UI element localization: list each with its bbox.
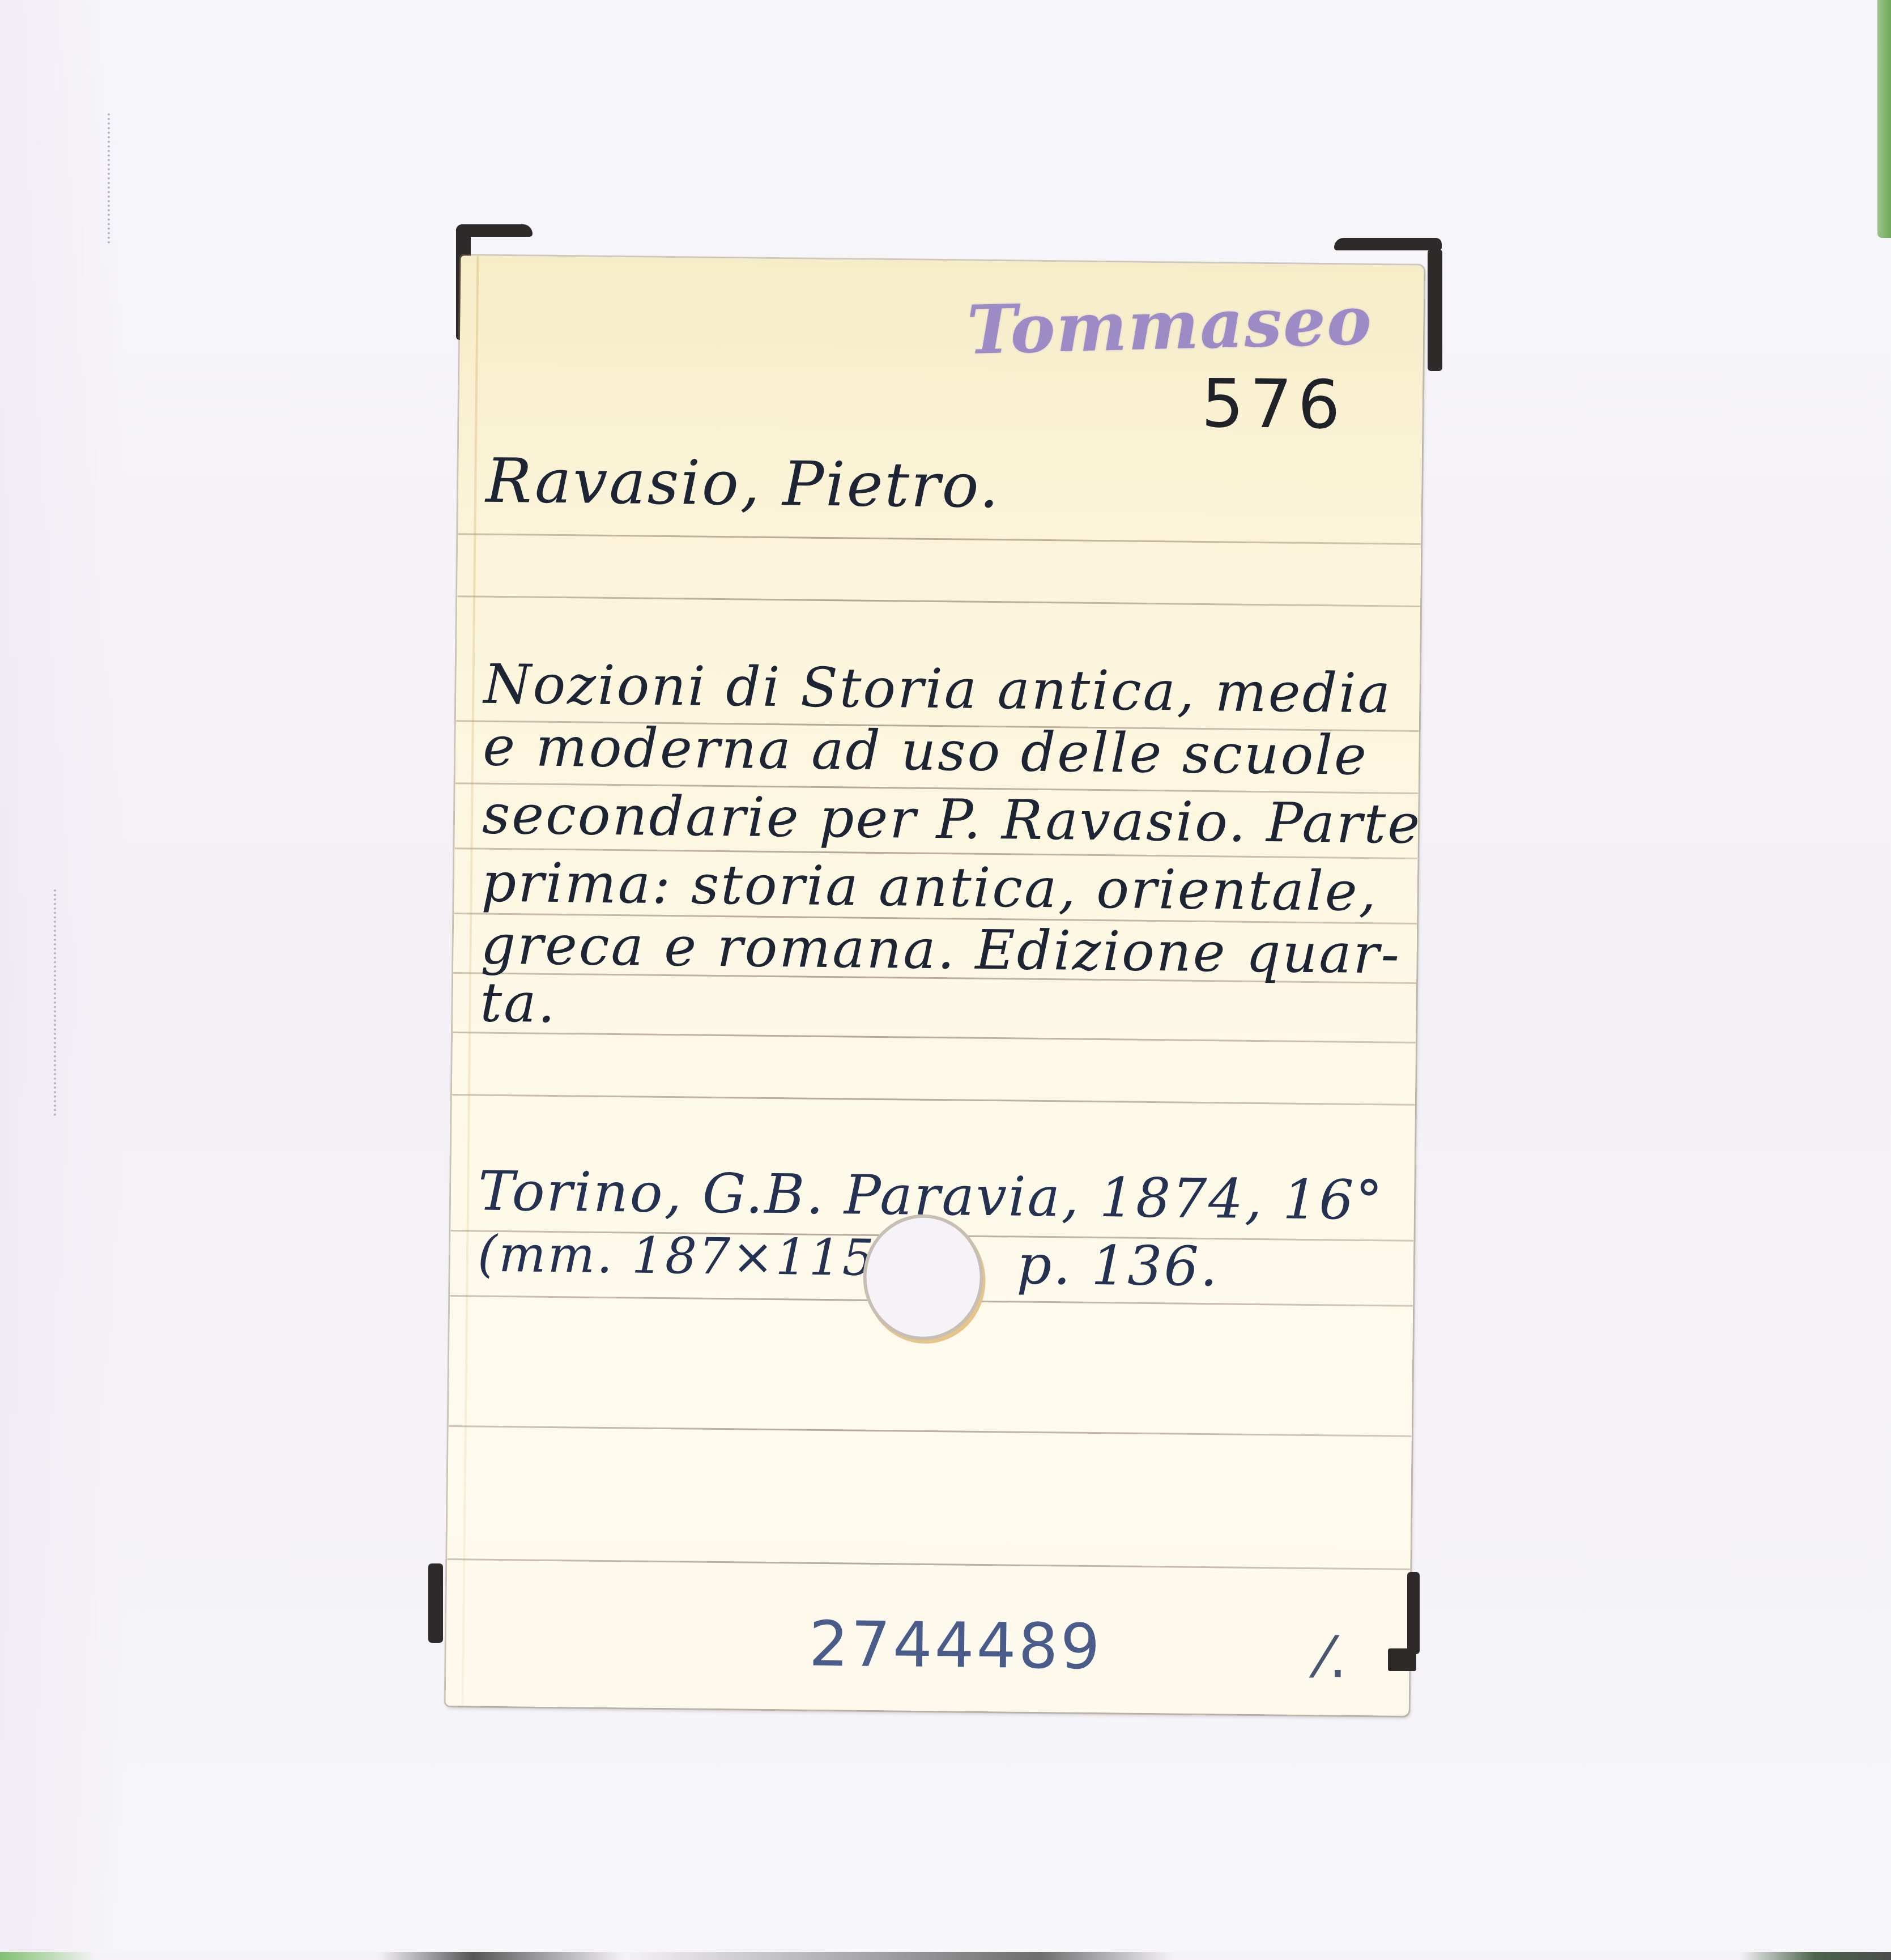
card-rule — [447, 1558, 1410, 1570]
metal-clip-icon — [1388, 1648, 1416, 1671]
card-rule — [452, 1094, 1415, 1106]
title-line: Nozioni di Storia antica, media — [483, 653, 1392, 726]
paper-perforation — [54, 889, 59, 1116]
shelf-number: 576 — [1201, 364, 1347, 444]
paper-perforation — [108, 113, 113, 244]
title-line: e moderna ad uso delle scuole — [483, 715, 1369, 787]
metal-clip-icon — [1334, 238, 1442, 250]
punch-hole — [866, 1217, 981, 1337]
check-mark: ⁄. — [1319, 1624, 1348, 1691]
card-rule — [453, 1032, 1416, 1043]
catalog-card: Tommaseo 576 Ravasio, Pietro. Nozioni di… — [446, 255, 1424, 1716]
title-line: secondarie per P. Ravasio. Parte — [482, 783, 1422, 856]
card-rule — [457, 595, 1420, 607]
dimensions: (mm. 187×115) — [477, 1225, 897, 1288]
card-rule — [458, 533, 1421, 545]
card-rule — [449, 1425, 1412, 1437]
page-count: p. 136. — [1016, 1233, 1219, 1299]
library-stamp: Tommaseo — [966, 281, 1373, 369]
scanner-edge-bottom — [0, 1952, 1891, 1960]
title-line: prima: storia antica, orientale, — [481, 851, 1378, 924]
title-line: greca e romana. Edizione quar- — [480, 913, 1401, 986]
author-heading: Ravasio, Pietro. — [485, 446, 1001, 522]
metal-clip-icon — [428, 1563, 443, 1643]
scanner-edge-green — [1877, 0, 1891, 238]
accession-number: 2744489 — [808, 1608, 1102, 1683]
metal-clip-icon — [1428, 249, 1442, 371]
metal-clip-icon — [1407, 1572, 1420, 1654]
title-line: ta. — [480, 971, 557, 1035]
